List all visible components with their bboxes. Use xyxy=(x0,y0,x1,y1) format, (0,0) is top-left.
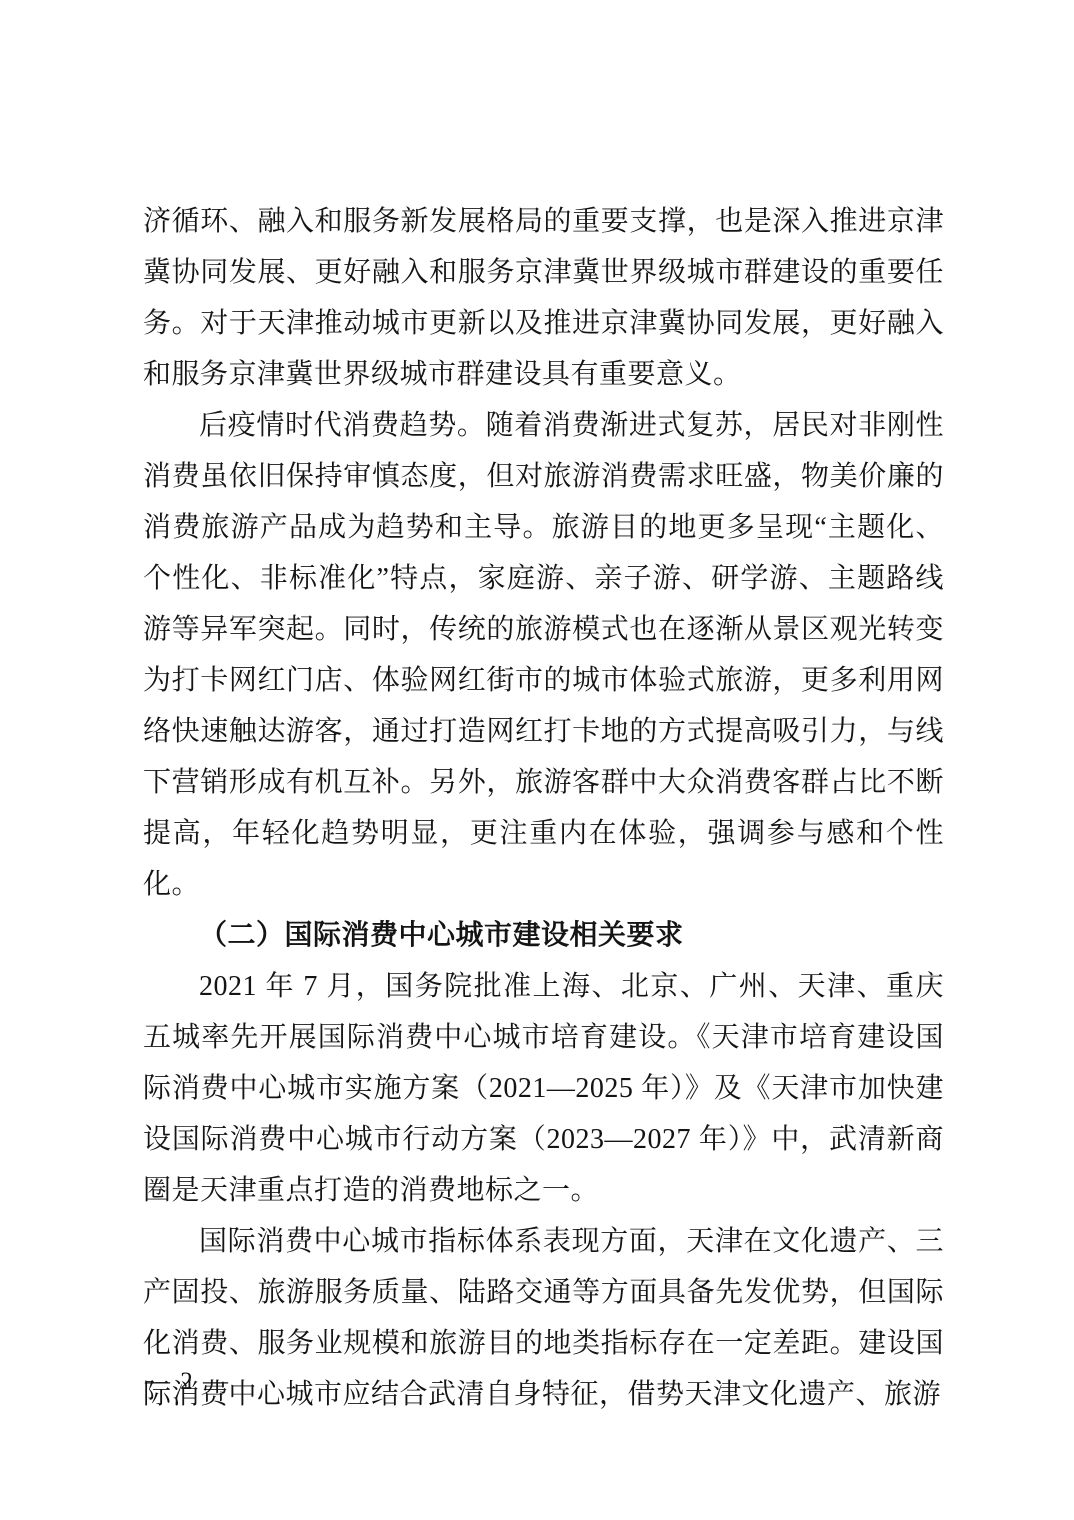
paragraph-continuation: 济循环、融入和服务新发展格局的重要支撑，也是深入推进京津冀协同发展、更好融入和服… xyxy=(143,196,944,400)
paragraph-icc-city-plans: 2021 年 7 月，国务院批准上海、北京、广州、天津、重庆五城率先开展国际消费… xyxy=(143,961,944,1216)
document-body: 济循环、融入和服务新发展格局的重要支撑，也是深入推进京津冀协同发展、更好融入和服… xyxy=(143,196,944,1420)
paragraph-icc-indicators: 国际消费中心城市指标体系表现方面，天津在文化遗产、三产固投、旅游服务质量、陆路交… xyxy=(143,1216,944,1420)
section-heading: （二）国际消费中心城市建设相关要求 xyxy=(143,910,944,961)
page-number: — 2 — xyxy=(145,1368,230,1396)
document-page: 济循环、融入和服务新发展格局的重要支撑，也是深入推进京津冀协同发展、更好融入和服… xyxy=(0,0,1074,1520)
paragraph-consumption-trends: 后疫情时代消费趋势。随着消费渐进式复苏，居民对非刚性消费虽依旧保持审慎态度，但对… xyxy=(143,400,944,910)
